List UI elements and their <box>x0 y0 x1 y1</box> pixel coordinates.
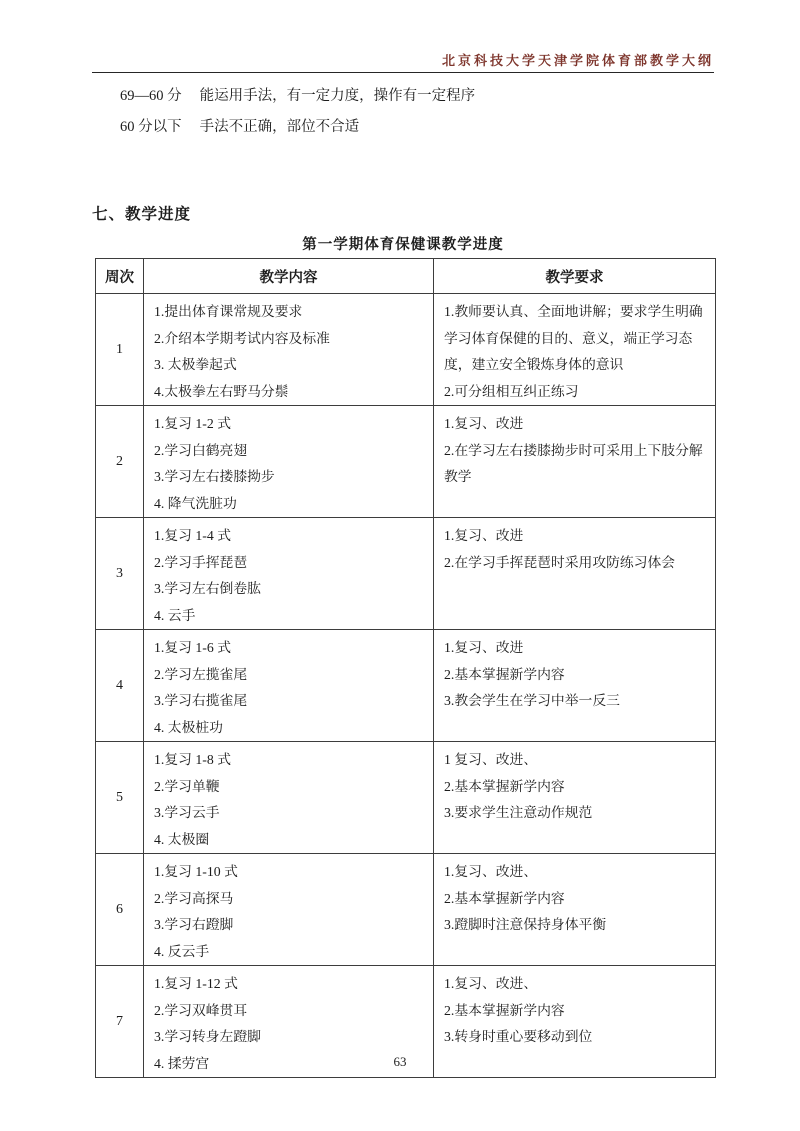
requirements-cell: 1.复习、改进2.在学习左右搂膝拗步时可采用上下肢分解教学 <box>434 406 716 518</box>
requirement-line: 1.教师要认真、全面地讲解；要求学生明确学习体育保健的目的、意义，端正学习态度，… <box>444 299 707 379</box>
table-row: 31.复习 1-4 式2.学习手挥琵琶3.学习左右倒卷肱4. 云手1.复习、改进… <box>96 518 716 630</box>
content-line: 2.介绍本学期考试内容及标准 <box>154 326 425 353</box>
requirement-line: 1.复习、改进 <box>444 635 707 662</box>
content-line: 2.学习双峰贯耳 <box>154 998 425 1025</box>
content-line: 2.学习左揽雀尾 <box>154 662 425 689</box>
header-content: 教学内容 <box>144 259 434 294</box>
week-cell: 1 <box>96 294 144 406</box>
week-cell: 3 <box>96 518 144 630</box>
content-line: 1.复习 1-10 式 <box>154 859 425 886</box>
document-page: 北京科技大学天津学院体育部教学大纲 69—60 分能运用手法，有一定力度，操作有… <box>0 0 800 1131</box>
score-desc: 手法不正确，部位不合适 <box>200 119 360 135</box>
schedule-table: 周次 教学内容 教学要求 11.提出体育课常规及要求2.介绍本学期考试内容及标准… <box>95 258 716 1078</box>
requirement-line: 1 复习、改进、 <box>444 747 707 774</box>
requirement-line: 2.基本掌握新学内容 <box>444 998 707 1025</box>
week-cell: 2 <box>96 406 144 518</box>
score-desc: 能运用手法，有一定力度，操作有一定程序 <box>200 88 476 104</box>
content-line: 4.太极拳左右野马分鬃 <box>154 379 425 406</box>
content-line: 4. 反云手 <box>154 939 425 966</box>
content-line: 3.学习转身左蹬脚 <box>154 1024 425 1051</box>
week-cell: 5 <box>96 742 144 854</box>
score-grade: 69—60 分 <box>120 88 182 104</box>
header-rule <box>92 72 714 73</box>
score-grade: 60 分以下 <box>120 119 182 135</box>
content-line: 3.学习右揽雀尾 <box>154 688 425 715</box>
header-title: 北京科技大学天津学院体育部教学大纲 <box>442 53 714 68</box>
table-row: 51.复习 1-8 式2.学习单鞭3.学习云手4. 太极圈1 复习、改进、2.基… <box>96 742 716 854</box>
requirements-cell: 1.复习、改进2.基本掌握新学内容3.教会学生在学习中举一反三 <box>434 630 716 742</box>
week-cell: 6 <box>96 854 144 966</box>
content-line: 4. 太极桩功 <box>154 715 425 742</box>
requirement-line: 1.复习、改进 <box>444 411 707 438</box>
table-header-row: 周次 教学内容 教学要求 <box>96 259 716 294</box>
content-line: 1.复习 1-12 式 <box>154 971 425 998</box>
content-line: 4. 降气洗脏功 <box>154 491 425 518</box>
section-heading: 七、教学进度 <box>92 202 191 224</box>
table-title: 第一学期体育保健课教学进度 <box>92 233 714 254</box>
requirements-cell: 1.教师要认真、全面地讲解；要求学生明确学习体育保健的目的、意义，端正学习态度，… <box>434 294 716 406</box>
requirements-cell: 1.复习、改进2.在学习手挥琵琶时采用攻防练习体会 <box>434 518 716 630</box>
requirements-cell: 1.复习、改进、2.基本掌握新学内容3.蹬脚时注意保持身体平衡 <box>434 854 716 966</box>
table-row: 61.复习 1-10 式2.学习高探马3.学习右蹬脚4. 反云手1.复习、改进、… <box>96 854 716 966</box>
content-cell: 1.复习 1-8 式2.学习单鞭3.学习云手4. 太极圈 <box>144 742 434 854</box>
content-cell: 1.复习 1-10 式2.学习高探马3.学习右蹬脚4. 反云手 <box>144 854 434 966</box>
content-cell: 1.复习 1-2 式2.学习白鹤亮翅3.学习左右搂膝拗步4. 降气洗脏功 <box>144 406 434 518</box>
content-line: 3.学习云手 <box>154 800 425 827</box>
score-line: 60 分以下手法不正确，部位不合适 <box>120 118 714 137</box>
content-cell: 1.复习 1-4 式2.学习手挥琵琶3.学习左右倒卷肱4. 云手 <box>144 518 434 630</box>
page-number: 63 <box>0 1054 800 1070</box>
content-line: 2.学习手挥琵琶 <box>154 550 425 577</box>
requirement-line: 1.复习、改进、 <box>444 971 707 998</box>
requirement-line: 2.在学习左右搂膝拗步时可采用上下肢分解教学 <box>444 438 707 491</box>
requirement-line: 1.复习、改进、 <box>444 859 707 886</box>
header-week: 周次 <box>96 259 144 294</box>
requirement-line: 1.复习、改进 <box>444 523 707 550</box>
content-cell: 1.复习 1-6 式2.学习左揽雀尾3.学习右揽雀尾4. 太极桩功 <box>144 630 434 742</box>
requirement-line: 2.基本掌握新学内容 <box>444 774 707 801</box>
score-section: 69—60 分能运用手法，有一定力度，操作有一定程序 60 分以下手法不正确，部… <box>120 87 714 149</box>
header-requirements: 教学要求 <box>434 259 716 294</box>
score-line: 69—60 分能运用手法，有一定力度，操作有一定程序 <box>120 87 714 106</box>
content-line: 3.学习左右倒卷肱 <box>154 576 425 603</box>
week-cell: 4 <box>96 630 144 742</box>
content-line: 1.复习 1-8 式 <box>154 747 425 774</box>
content-line: 1.提出体育课常规及要求 <box>154 299 425 326</box>
requirement-line: 3.蹬脚时注意保持身体平衡 <box>444 912 707 939</box>
document-header: 北京科技大学天津学院体育部教学大纲 <box>92 50 714 69</box>
requirements-cell: 1 复习、改进、2.基本掌握新学内容3.要求学生注意动作规范 <box>434 742 716 854</box>
requirement-line: 3.转身时重心要移动到位 <box>444 1024 707 1051</box>
content-line: 2.学习白鹤亮翅 <box>154 438 425 465</box>
requirement-line: 2.基本掌握新学内容 <box>444 662 707 689</box>
table-row: 41.复习 1-6 式2.学习左揽雀尾3.学习右揽雀尾4. 太极桩功1.复习、改… <box>96 630 716 742</box>
requirement-line: 2.基本掌握新学内容 <box>444 886 707 913</box>
requirement-line: 2.可分组相互纠正练习 <box>444 379 707 406</box>
content-line: 3. 太极拳起式 <box>154 352 425 379</box>
content-line: 2.学习高探马 <box>154 886 425 913</box>
content-line: 4. 太极圈 <box>154 827 425 854</box>
content-line: 1.复习 1-4 式 <box>154 523 425 550</box>
table-row: 21.复习 1-2 式2.学习白鹤亮翅3.学习左右搂膝拗步4. 降气洗脏功1.复… <box>96 406 716 518</box>
requirement-line: 2.在学习手挥琵琶时采用攻防练习体会 <box>444 550 707 577</box>
requirement-line: 3.教会学生在学习中举一反三 <box>444 688 707 715</box>
requirement-line: 3.要求学生注意动作规范 <box>444 800 707 827</box>
content-line: 1.复习 1-2 式 <box>154 411 425 438</box>
content-line: 3.学习右蹬脚 <box>154 912 425 939</box>
content-line: 3.学习左右搂膝拗步 <box>154 464 425 491</box>
content-line: 4. 云手 <box>154 603 425 630</box>
content-line: 2.学习单鞭 <box>154 774 425 801</box>
content-cell: 1.提出体育课常规及要求2.介绍本学期考试内容及标准3. 太极拳起式4.太极拳左… <box>144 294 434 406</box>
content-line: 1.复习 1-6 式 <box>154 635 425 662</box>
table-row: 11.提出体育课常规及要求2.介绍本学期考试内容及标准3. 太极拳起式4.太极拳… <box>96 294 716 406</box>
